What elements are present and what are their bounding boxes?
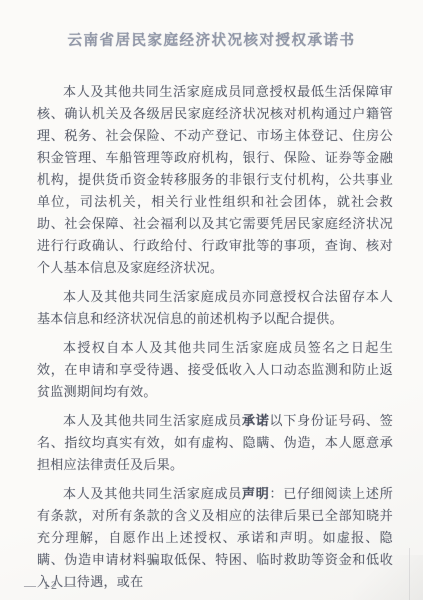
paragraph: 本人及其他共同生活家庭成员声明：已仔细阅读上述所有条款，对所有条款的含义及相应的… bbox=[37, 483, 393, 593]
document-body: 本人及其他共同生活家庭成员同意授权最低生活保障审核、确认机关及各级居民家庭经济状… bbox=[37, 81, 393, 600]
body-text: 本人及其他共同生活家庭成员亦同意授权合法留存本人基本信息和经济状况信息的前述机构… bbox=[37, 289, 393, 326]
scan-artifact-shade bbox=[353, 555, 423, 600]
paragraph: 本授权自本人及其他共同生活家庭成员签名之日起生效，在申请和享受待遇、接受低收入人… bbox=[37, 337, 393, 403]
body-text: 本人及其他共同生活家庭成员同意授权最低生活保障审核、确认机关及各级居民家庭经济状… bbox=[37, 84, 393, 275]
body-text: 本人及其他共同生活家庭成员 bbox=[63, 486, 242, 501]
page-number: — 12 — bbox=[24, 578, 78, 593]
emphasis-text: 声明 bbox=[242, 486, 270, 501]
paragraph: 本人及其他共同生活家庭成员承诺以下身份证号码、签名、指纹均真实有效，如有虚构、隐… bbox=[37, 410, 393, 476]
document-title: 云南省居民家庭经济状况核对授权承诺书 bbox=[0, 29, 423, 50]
emphasis-text: 承诺 bbox=[242, 413, 270, 428]
paragraph: 本人及其他共同生活家庭成员同意授权最低生活保障审核、确认机关及各级居民家庭经济状… bbox=[37, 81, 393, 279]
body-text: 本人及其他共同生活家庭成员 bbox=[63, 413, 242, 428]
paragraph: 本人及其他共同生活家庭成员亦同意授权合法留存本人基本信息和经济状况信息的前述机构… bbox=[37, 286, 393, 330]
body-text: 本授权自本人及其他共同生活家庭成员签名之日起生效，在申请和享受待遇、接受低收入人… bbox=[37, 340, 393, 399]
scanned-document-page: 云南省居民家庭经济状况核对授权承诺书 本人及其他共同生活家庭成员同意授权最低生活… bbox=[0, 0, 423, 600]
body-text: ：已仔细阅读上述所有条款，对所有条款的含义及相应的法律后果已全部知晓并充分理解，… bbox=[37, 486, 393, 589]
